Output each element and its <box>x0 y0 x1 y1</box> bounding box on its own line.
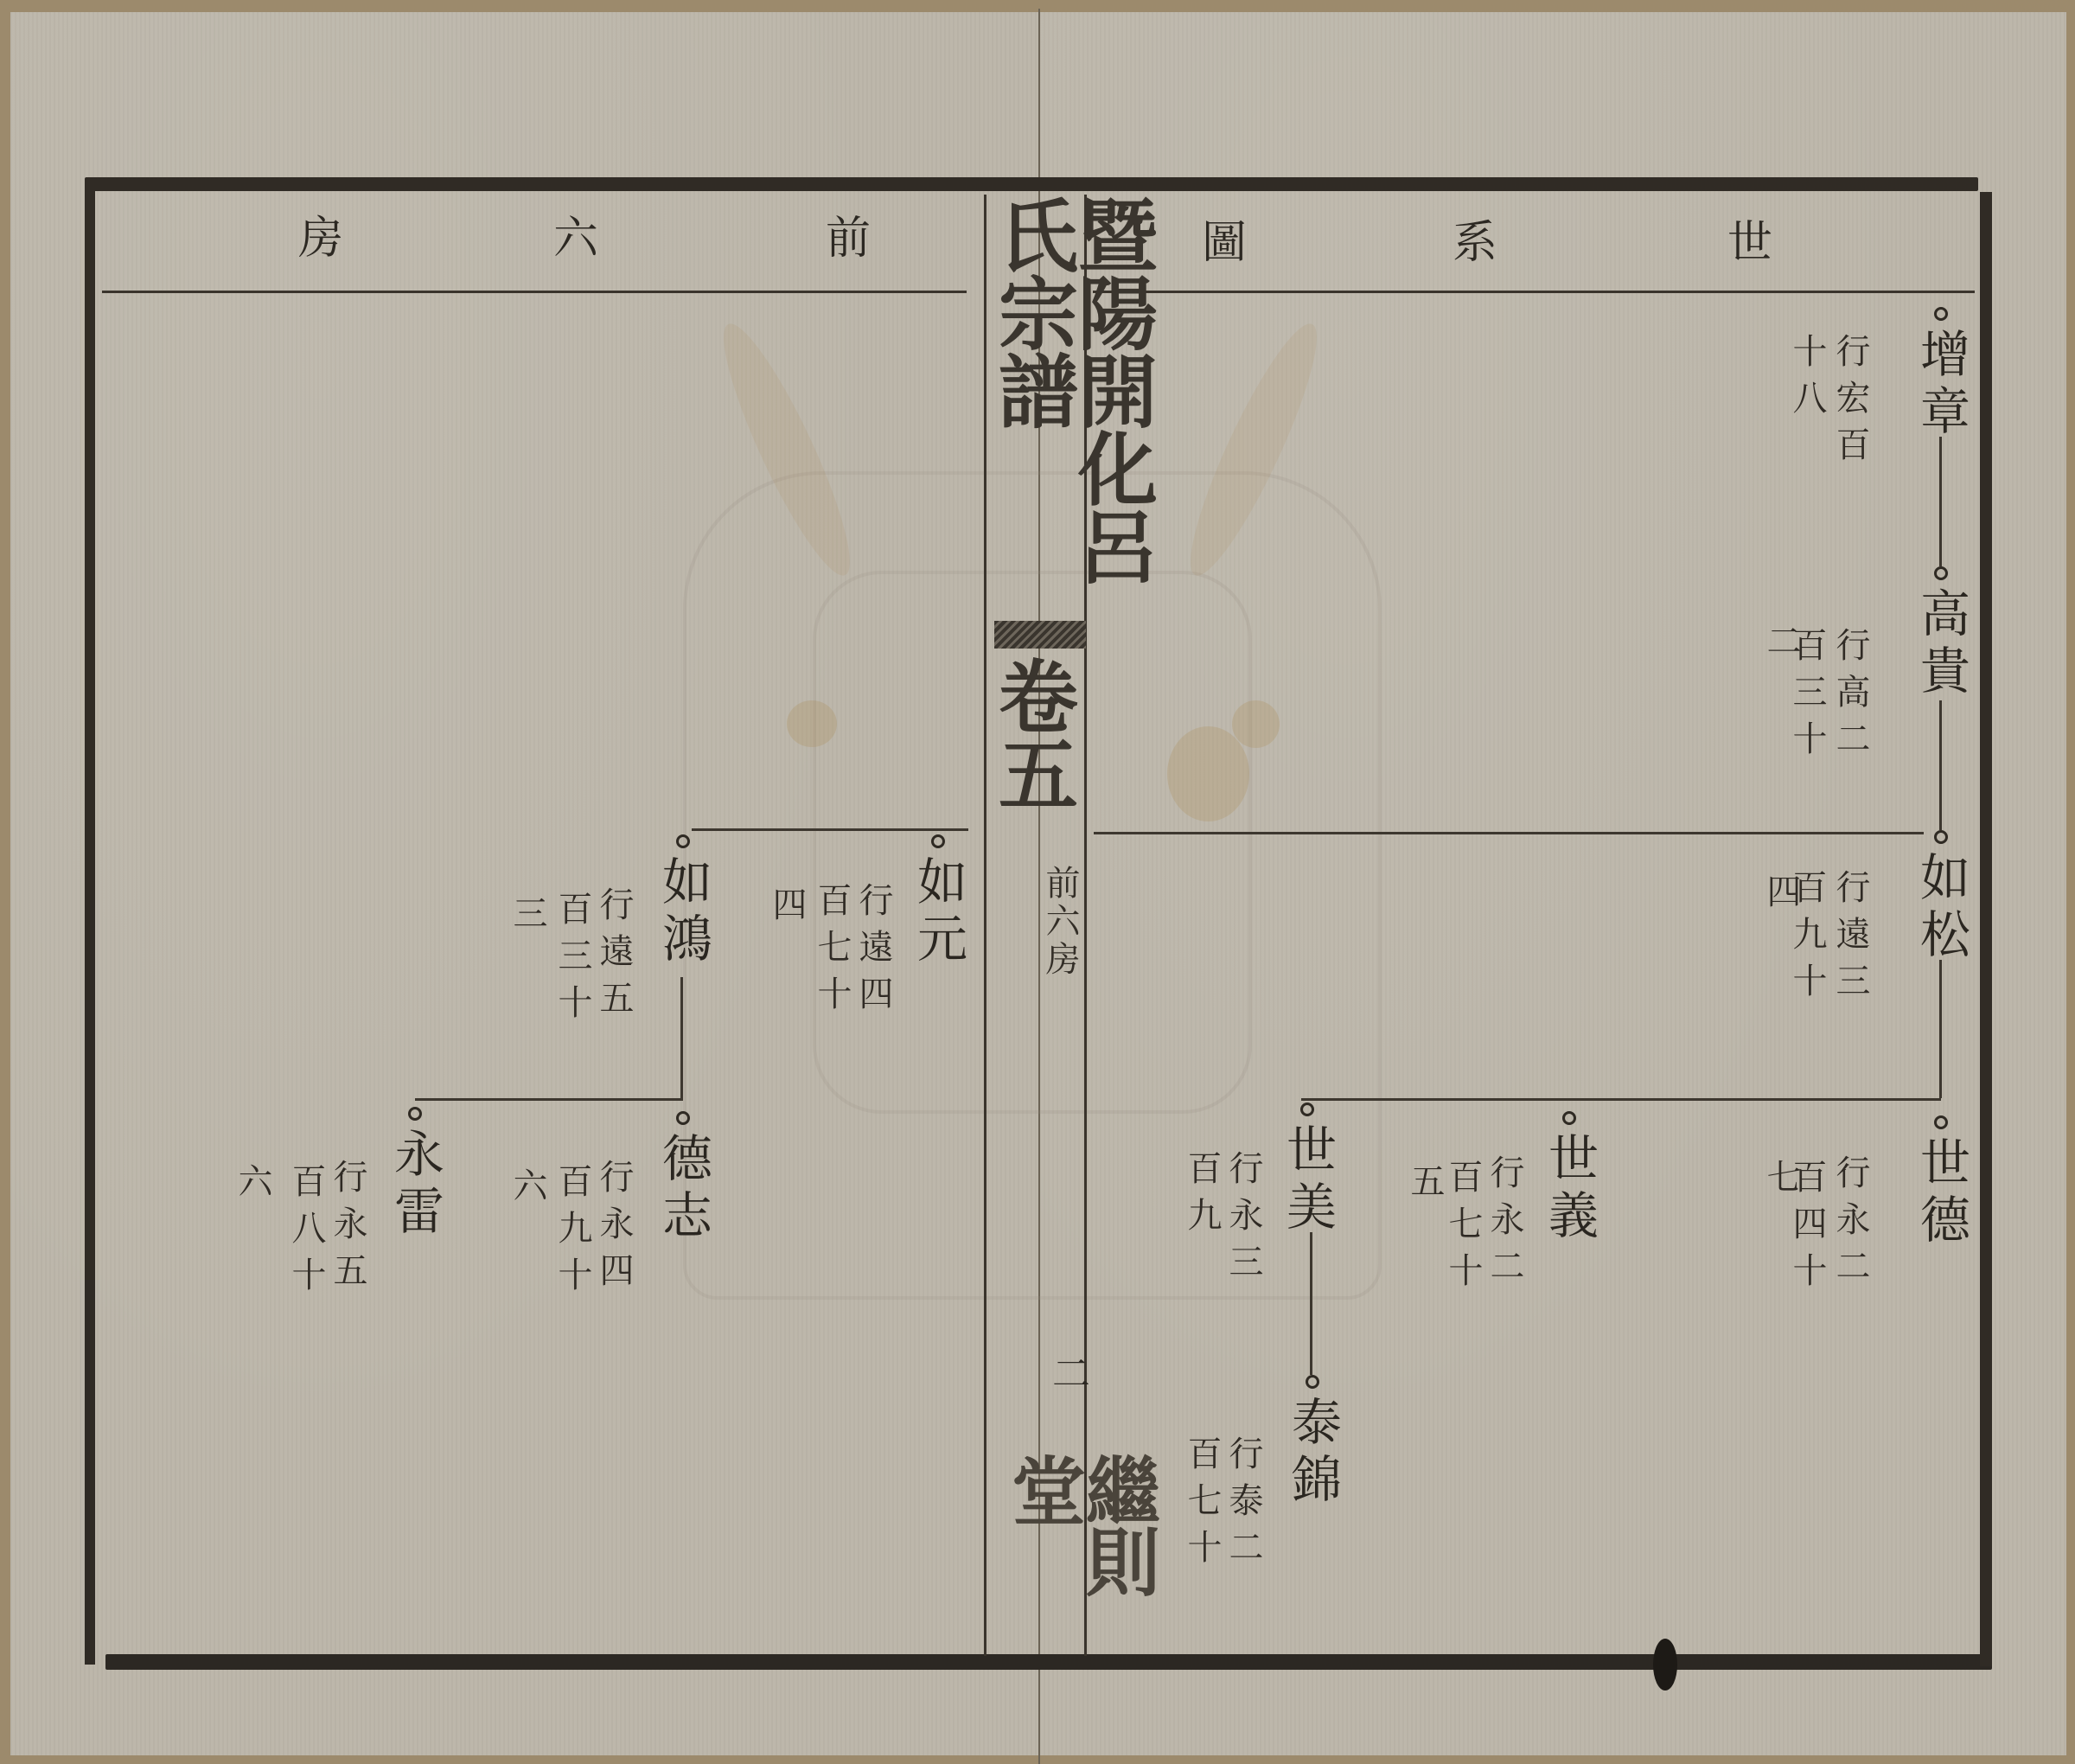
header-char: 圖 <box>1202 220 1247 265</box>
fishtail-mark <box>994 621 1086 649</box>
person-note: 行永三 <box>1226 1150 1261 1290</box>
lineage-line <box>1939 700 1942 830</box>
person-note: 十八 <box>1790 333 1824 426</box>
person-node: 高貴 <box>1915 566 1967 701</box>
person-note: 行永四 <box>597 1159 631 1299</box>
lineage-line <box>680 977 683 1098</box>
node-circle-icon <box>676 834 690 848</box>
frame-left-border <box>85 186 95 1665</box>
node-circle-icon <box>1306 1375 1319 1389</box>
person-note: 百九十 <box>555 1163 590 1303</box>
person-node: 增章 <box>1915 307 1967 442</box>
person-note: 百七十 <box>1184 1435 1219 1575</box>
person-note: 六 <box>510 1167 545 1214</box>
header-char: 世 <box>1727 220 1772 265</box>
water-stain <box>1167 726 1249 821</box>
frame-top-border <box>85 177 1978 191</box>
node-circle-icon <box>931 834 945 848</box>
lineage-line <box>1310 1232 1312 1375</box>
page-number: 二 <box>1048 1353 1086 1405</box>
book-title: 暨陽開化呂氏宗譜 <box>993 195 1152 627</box>
person-note: 百九 <box>1184 1150 1219 1243</box>
header-char: 前 <box>826 216 871 261</box>
person-note: 四 <box>1764 873 1798 920</box>
person-note: 行宏百 <box>1833 333 1867 473</box>
person-node: 世美 <box>1281 1102 1333 1237</box>
person-note: 行高二 <box>1833 627 1867 767</box>
node-circle-icon <box>1300 1102 1314 1116</box>
person-note: 五 <box>1408 1163 1442 1210</box>
person-node: 如元 <box>912 834 964 969</box>
person-note: 六 <box>235 1163 270 1210</box>
header-char: 房 <box>298 216 343 261</box>
node-circle-icon <box>408 1107 422 1121</box>
person-note: 百八十 <box>289 1163 323 1303</box>
header-char: 六 <box>553 216 598 261</box>
person-note: 四 <box>769 886 804 933</box>
header-char: 系 <box>1452 220 1497 265</box>
frame-right-border <box>1980 192 1992 1666</box>
lineage-line <box>1939 960 1942 1098</box>
person-note: 行泰二 <box>1226 1435 1261 1575</box>
person-node: 永雷 <box>389 1107 441 1242</box>
water-stain <box>1232 700 1280 748</box>
node-circle-icon <box>1934 307 1948 321</box>
person-note: 二 <box>1764 623 1798 669</box>
volume-label: 卷五 <box>993 655 1072 863</box>
person-note: 百七十 <box>1446 1159 1480 1299</box>
person-note: 行遠五 <box>597 886 631 1026</box>
person-node: 世義 <box>1543 1111 1595 1246</box>
node-circle-icon <box>1934 566 1948 580</box>
generation-rule <box>1094 832 1924 834</box>
sibling-line <box>415 1098 683 1101</box>
node-circle-icon <box>1562 1111 1576 1125</box>
ink-blot <box>1653 1639 1677 1690</box>
node-circle-icon <box>676 1111 690 1125</box>
person-node: 世德 <box>1915 1115 1967 1250</box>
person-node: 如鴻 <box>657 834 709 969</box>
person-node: 泰錦 <box>1286 1375 1338 1510</box>
person-node: 德志 <box>657 1111 709 1246</box>
header-rule-left <box>102 291 967 293</box>
node-circle-icon <box>1934 830 1948 844</box>
person-note: 行永二 <box>1487 1154 1522 1294</box>
person-note: 行遠四 <box>856 882 891 1022</box>
sibling-line <box>692 828 968 831</box>
person-note: 七 <box>1764 1159 1798 1205</box>
node-circle-icon <box>1934 1115 1948 1129</box>
lineage-line <box>1939 437 1942 566</box>
person-note: 百三十 <box>555 891 590 1031</box>
person-note: 行永五 <box>330 1159 365 1299</box>
hall-name: 繼則堂 <box>1005 1453 1153 1660</box>
sibling-line <box>1301 1098 1941 1101</box>
header-rule-right <box>1093 291 1975 293</box>
person-note: 行遠三 <box>1833 869 1867 1009</box>
person-note: 三 <box>510 895 545 942</box>
person-note: 百七十 <box>814 882 849 1022</box>
water-stain <box>787 700 837 747</box>
person-node: 如松 <box>1915 830 1967 965</box>
person-note: 行永二 <box>1833 1154 1867 1294</box>
section-label: 前六房 <box>1043 865 1077 1020</box>
